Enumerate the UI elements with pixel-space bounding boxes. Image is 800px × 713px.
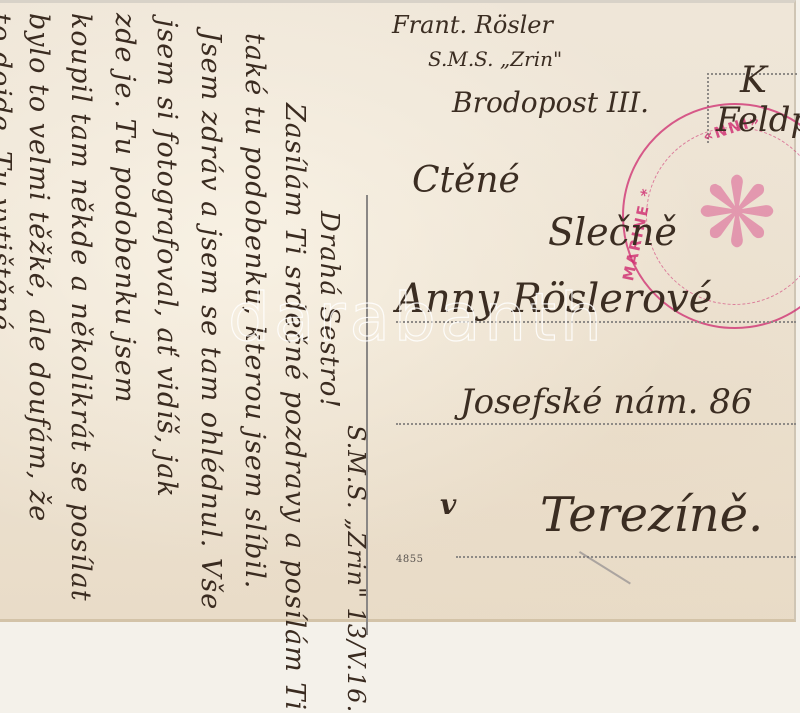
recipient-salutation: Ctěné <box>412 163 520 199</box>
printed-number: 4855 <box>396 554 423 565</box>
sender-post: Brodopost III. <box>452 89 649 117</box>
double-headed-eagle-icon: ❋ <box>682 153 792 273</box>
recipient-city-prefix: v <box>440 491 456 519</box>
message-line: to dojde. Tu vytištěné... <box>0 13 16 360</box>
sender-name: Frant. Rösler <box>392 13 553 37</box>
message-line: také tu podobenku, kterou jsem slíbil. <box>239 33 270 589</box>
message-line: zde je. Tu podobenku jsem <box>109 13 140 403</box>
message-line: Zasílám Ti srdečné pozdravy a posílám Ti <box>279 103 310 628</box>
message-dateline: S.M.S. „Zrin" 13/V.16. <box>342 425 370 628</box>
service-mark-k: K <box>740 63 767 99</box>
recipient-name: Anny Röslerové <box>396 279 712 319</box>
recipient-street: Josefské nám. 86 <box>460 385 753 419</box>
address-line-1 <box>396 321 796 323</box>
recipient-title: Slečně <box>548 213 677 251</box>
message-line: bylo to velmi těžké, ale doufám, že <box>23 13 54 522</box>
recipient-city: Terezíně. <box>540 491 763 539</box>
postcard: Frant. Rösler S.M.S. „Zrin" Brodopost II… <box>0 0 796 622</box>
service-mark-feldpost: Feldp. <box>716 103 800 137</box>
message-line: koupil tam někde a několikrát se posílat <box>65 13 96 602</box>
sender-ship: S.M.S. „Zrin" <box>428 49 562 69</box>
message-greeting: Drahá Sestro! <box>314 211 344 409</box>
address-line-3 <box>456 556 796 558</box>
address-line-2 <box>396 423 796 425</box>
message-line: jsem si fotografoval, ať vidíš, jak <box>151 19 182 498</box>
message-line: Jsem zdráv a jsem se tam ohlédnul. Vše <box>195 31 226 610</box>
